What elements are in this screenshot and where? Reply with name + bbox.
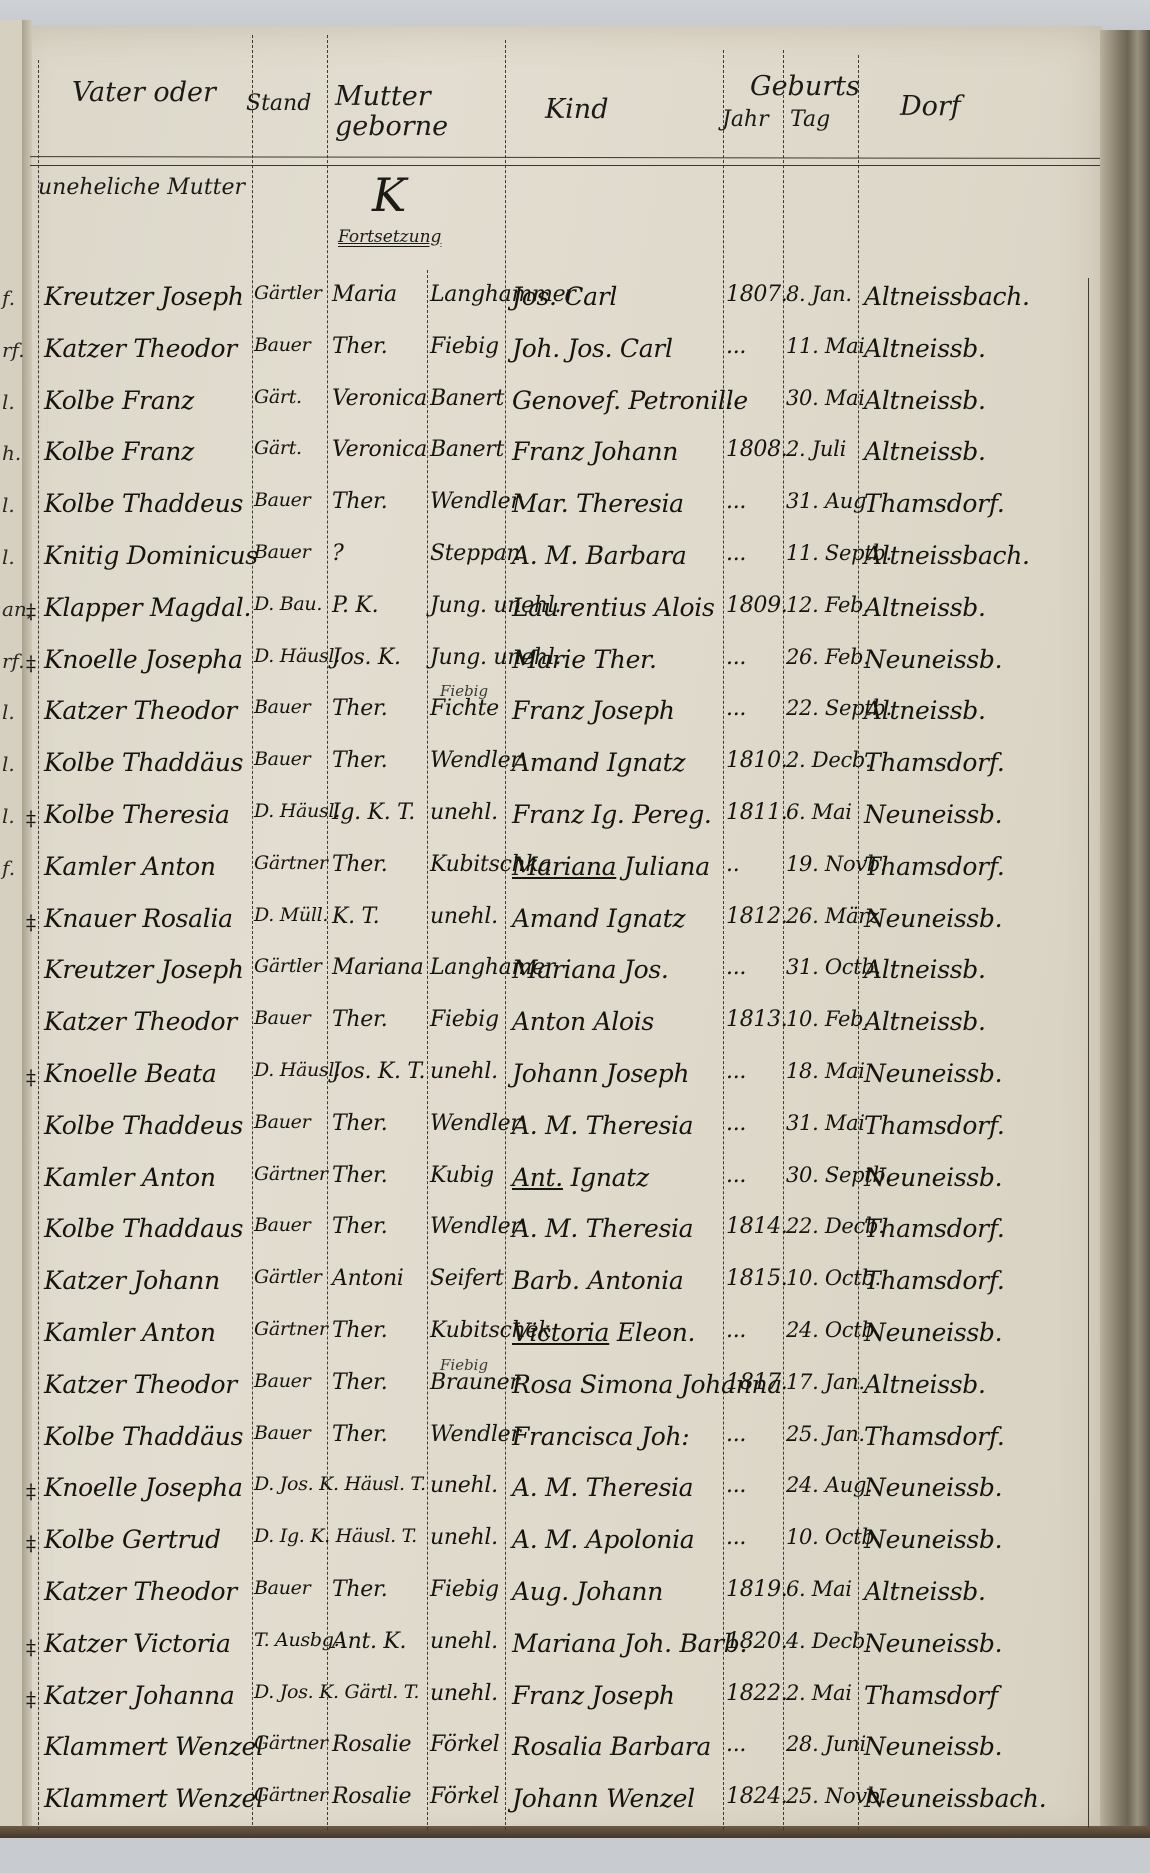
birth-year-cell: ...	[726, 1525, 746, 1550]
margin-note: h.	[2, 441, 21, 465]
mother-first-name-cell: Rosalie	[332, 1784, 411, 1809]
child-name-cell: Rosalia Barbara	[512, 1732, 711, 1761]
village-cell: Thamsdorf.	[864, 1266, 1005, 1295]
rule-tag-dorf	[858, 55, 859, 1830]
village-cell: Altneissb.	[864, 1007, 986, 1036]
status-cell: Gärtner	[254, 852, 328, 874]
margin-note: f.	[2, 856, 15, 880]
status-cell: Gärt.	[254, 386, 302, 408]
interlinear-correction: Fiebig	[440, 682, 488, 700]
child-name-cell: Johann Joseph	[512, 1059, 689, 1088]
mother-surname-cell: Seifert	[430, 1266, 504, 1291]
header-mutter: Mutter geborne	[335, 82, 485, 141]
mother-first-name-cell: Ther.	[332, 1163, 387, 1188]
status-cell: D. Häusl.	[254, 800, 340, 822]
status-cell: Gärtner	[254, 1732, 328, 1754]
village-cell: Neuneissb.	[864, 1318, 1002, 1347]
margin-note: l.	[2, 390, 15, 414]
birth-year-cell: 1807.	[726, 282, 787, 307]
margin-note: rf.	[2, 649, 25, 673]
village-cell: Altneissb.	[864, 593, 986, 622]
margin-note: rf.	[2, 338, 25, 362]
child-name-cell: Laurentius Alois	[512, 593, 715, 622]
header-vater: Vater oder	[72, 78, 222, 108]
birth-day-cell: 26. Feb.	[786, 645, 870, 669]
margin-note: an,	[2, 597, 33, 621]
village-cell: Altneissb.	[864, 334, 986, 363]
status-cell: Gärtner	[254, 1318, 328, 1340]
mother-first-name-cell: Antoni	[332, 1266, 404, 1291]
father-name-cell: Katzer Victoria	[44, 1629, 231, 1658]
header-vater-sub: uneheliche Mutter	[38, 176, 245, 200]
rule-mutter-kind	[505, 40, 506, 1830]
rule-right	[1088, 278, 1089, 1828]
status-cell: Gärtner	[254, 1784, 328, 1806]
village-cell: Altneissbach.	[864, 541, 1030, 570]
child-name-cell: Mariana Joh. Barb.	[512, 1629, 747, 1658]
birth-year-cell: 1812.	[726, 904, 787, 929]
father-name-cell: Knitig Dominicus	[44, 541, 258, 570]
birth-year-cell: ..	[726, 852, 739, 877]
village-cell: Neuneissb.	[864, 904, 1002, 933]
village-cell: Altneissb.	[864, 386, 986, 415]
birth-year-cell: ...	[726, 645, 746, 670]
village-cell: Thamsdorf.	[864, 1111, 1005, 1140]
status-cell: D. Ig. K. Häusl. T.	[254, 1525, 417, 1547]
mother-surname-cell: Fiebig	[430, 334, 499, 359]
mother-surname-cell: Wendler	[430, 748, 521, 773]
child-name-cell: A. M. Theresia	[512, 1214, 693, 1243]
birth-year-cell: ...	[726, 1059, 746, 1084]
father-name-cell: Katzer Theodor	[44, 1577, 237, 1606]
father-name-cell: Klapper Magdal.	[44, 593, 251, 622]
birth-year-cell: 1811.	[726, 800, 787, 825]
rule-jahr-tag	[783, 50, 784, 1830]
mother-first-name-cell: Ther.	[332, 852, 387, 877]
child-name-cell: Mariana Jos.	[512, 955, 669, 984]
father-name-cell: Kolbe Thaddäus	[44, 1422, 243, 1451]
mother-first-name-cell: Ther.	[332, 1111, 387, 1136]
father-name-cell: Knoelle Josepha	[44, 1473, 243, 1502]
mother-first-name-cell: Ther.	[332, 1007, 387, 1032]
village-cell: Thamsdorf	[864, 1681, 998, 1710]
village-cell: Neuneissb.	[864, 1525, 1002, 1554]
rule-mutter-mid	[427, 270, 428, 1830]
birth-year-cell: ...	[726, 1473, 746, 1498]
birth-year-cell: 1822.	[726, 1681, 787, 1706]
birth-year-cell: ...	[726, 1318, 746, 1343]
village-cell: Altneissb.	[864, 1370, 986, 1399]
mother-first-name-cell: ?	[332, 541, 344, 566]
child-name-cell: A. M. Theresia	[512, 1473, 693, 1502]
birth-year-cell: ...	[726, 1111, 746, 1136]
mother-first-name-cell: Ther.	[332, 489, 387, 514]
birth-year-cell: 1815.	[726, 1266, 787, 1291]
birth-day-cell: 8. Jan.	[786, 282, 852, 306]
mother-first-name-cell: Veronica	[332, 437, 427, 462]
rule-left	[38, 60, 39, 1830]
status-cell: Bauer	[254, 748, 310, 770]
birth-year-cell: 1824.	[726, 1784, 787, 1809]
village-cell: Altneissbach.	[864, 282, 1030, 311]
village-cell: Thamsdorf.	[864, 1422, 1005, 1451]
mother-surname-cell: Banert	[430, 386, 504, 411]
father-name-cell: Katzer Theodor	[44, 1007, 237, 1036]
child-name-cell: Johann Wenzel	[512, 1784, 695, 1813]
rule-vater-stand	[252, 35, 253, 1825]
father-name-cell: Kamler Anton	[44, 1318, 216, 1347]
deceased-cross-mark: ‡	[26, 910, 36, 934]
mother-first-name-cell: Ther.	[332, 1422, 387, 1447]
father-name-cell: Kamler Anton	[44, 852, 216, 881]
father-name-cell: Kolbe Franz	[44, 386, 194, 415]
child-name-cell: A. M. Barbara	[512, 541, 687, 570]
father-name-cell: Katzer Johanna	[44, 1681, 234, 1710]
birth-day-cell: 6. Mai	[786, 1577, 852, 1601]
mother-surname-cell: Fiebig	[430, 1577, 499, 1602]
mother-first-name-cell: Ther.	[332, 334, 387, 359]
rule-kind-jahr	[723, 50, 724, 1830]
status-cell: Bauer	[254, 489, 310, 511]
margin-note: l.	[2, 752, 15, 776]
status-cell: T. Ausbg.	[254, 1629, 339, 1651]
mother-surname-cell: Fiebig	[430, 1007, 499, 1032]
mother-surname-cell: unehl.	[430, 904, 498, 929]
mother-first-name-cell: Ther.	[332, 1214, 387, 1239]
village-cell: Altneissb.	[864, 696, 986, 725]
father-name-cell: Kolbe Thaddaus	[44, 1214, 243, 1243]
father-name-cell: Katzer Johann	[44, 1266, 220, 1295]
birth-day-cell: 30. Mai	[786, 386, 865, 410]
village-cell: Thamsdorf.	[864, 489, 1005, 518]
child-name-cell: Ant. Ignatz	[512, 1163, 649, 1192]
birth-year-cell: 1809.	[726, 593, 787, 618]
child-name-cell: Barb. Antonia	[512, 1266, 683, 1295]
birth-day-cell: 4. Decb.	[786, 1629, 871, 1653]
village-cell: Thamsdorf.	[864, 748, 1005, 777]
child-name-cell: Mar. Theresia	[512, 489, 684, 518]
birth-day-cell: 31. Mai	[786, 1111, 865, 1135]
birth-day-cell: 24. Aug.	[786, 1473, 872, 1497]
deceased-cross-mark: ‡	[26, 1687, 36, 1711]
village-cell: Neuneissb.	[864, 800, 1002, 829]
status-cell: D. Häusl.	[254, 645, 340, 667]
father-name-cell: Kolbe Franz	[44, 437, 194, 466]
father-name-cell: Katzer Theodor	[44, 696, 237, 725]
father-name-cell: Knoelle Josepha	[44, 645, 243, 674]
birth-day-cell: 28. Juni	[786, 1732, 866, 1756]
birth-day-cell: 18. Mai	[786, 1059, 865, 1083]
mother-first-name-cell: Ant. K.	[332, 1629, 406, 1654]
child-name-cell: Franz Ig. Pereg.	[512, 800, 712, 829]
background-bottom	[0, 1838, 1150, 1873]
child-name-cell: Franz Joseph	[512, 1681, 675, 1710]
section-subtitle: Fortsetzung	[338, 228, 441, 247]
mother-first-name-cell: Ther.	[332, 696, 387, 721]
status-cell: Bauer	[254, 1214, 310, 1236]
village-cell: Neuneissbach.	[864, 1784, 1046, 1813]
mother-surname-cell: unehl.	[430, 1059, 498, 1084]
mother-first-name-cell: Jos. K. T.	[332, 1059, 425, 1084]
mother-surname-cell: unehl.	[430, 1473, 498, 1498]
birth-year-cell: ..	[726, 386, 739, 411]
mother-first-name-cell: K. T.	[332, 904, 379, 929]
village-cell: Thamsdorf.	[864, 1214, 1005, 1243]
header-jahr: Jahr	[722, 108, 769, 132]
mother-surname-cell: unehl.	[430, 1629, 498, 1654]
birth-day-cell: 10. Feb.	[786, 1007, 870, 1031]
mother-first-name-cell: Ther.	[332, 1370, 387, 1395]
page-block-edge	[1100, 30, 1150, 1840]
father-name-cell: Knoelle Beata	[44, 1059, 216, 1088]
interlinear-correction: Fiebig	[440, 1356, 488, 1374]
mother-surname-cell: Wendler	[430, 1214, 521, 1239]
deceased-cross-mark: ‡	[26, 806, 36, 830]
village-cell: Thamsdorf.	[864, 852, 1005, 881]
status-cell: D. Bau.	[254, 593, 322, 615]
father-name-cell: Kamler Anton	[44, 1163, 216, 1192]
header-dorf: Dorf	[900, 92, 961, 122]
section-letter: K	[372, 170, 406, 221]
deceased-cross-mark: ‡	[26, 1479, 36, 1503]
header-stand: Stand	[246, 92, 311, 116]
mother-surname-cell: Banert	[430, 437, 504, 462]
birth-year-cell: 1817.	[726, 1370, 787, 1395]
birth-year-cell: ...	[726, 541, 746, 566]
mother-surname-cell: Wendler	[430, 1422, 521, 1447]
mother-surname-cell: Förkel	[430, 1784, 499, 1809]
mother-first-name-cell: Rosalie	[332, 1732, 411, 1757]
father-name-cell: Kolbe Thaddeus	[44, 489, 243, 518]
status-cell: Bauer	[254, 1422, 310, 1444]
birth-day-cell: 11. Mai	[786, 334, 865, 358]
father-name-cell: Knauer Rosalia	[44, 904, 233, 933]
child-name-cell: Mariana Juliana	[512, 852, 710, 881]
father-name-cell: Kolbe Gertrud	[44, 1525, 221, 1554]
birth-year-cell: 1810.	[726, 748, 787, 773]
mother-first-name-cell: Ther.	[332, 748, 387, 773]
status-cell: D. Jos. K. Gärtl. T.	[254, 1681, 419, 1703]
child-name-cell: Aug. Johann	[512, 1577, 663, 1606]
child-name-cell: A. M. Theresia	[512, 1111, 693, 1140]
father-name-cell: Kolbe Thaddeus	[44, 1111, 243, 1140]
header-geburts: Geburts	[750, 72, 860, 102]
birth-day-cell: 6. Mai	[786, 800, 852, 824]
father-name-cell: Katzer Theodor	[44, 1370, 237, 1399]
village-cell: Neuneissb.	[864, 1629, 1002, 1658]
birth-year-cell: ...	[726, 1732, 746, 1757]
village-cell: Altneissb.	[864, 1577, 986, 1606]
margin-note: l.	[2, 804, 15, 828]
mother-surname-cell: unehl.	[430, 1525, 498, 1550]
birth-year-cell: ...	[726, 334, 746, 359]
birth-day-cell: 25. Jan.	[786, 1422, 865, 1446]
status-cell: Gärt.	[254, 437, 302, 459]
birth-day-cell: 2. Decb.	[786, 748, 871, 772]
deceased-cross-mark: ‡	[26, 1635, 36, 1659]
deceased-cross-mark: ‡	[26, 651, 36, 675]
child-name-cell: Franz Johann	[512, 437, 678, 466]
child-name-cell: Amand Ignatz	[512, 904, 685, 933]
birth-day-cell: 12. Feb.	[786, 593, 870, 617]
village-cell: Neuneissb.	[864, 1473, 1002, 1502]
village-cell: Altneissb.	[864, 437, 986, 466]
birth-year-cell: ...	[726, 489, 746, 514]
child-name-cell: A. M. Apolonia	[512, 1525, 694, 1554]
child-name-cell: Franz Joseph	[512, 696, 675, 725]
margin-note: l.	[2, 545, 15, 569]
child-name-cell: Marie Ther.	[512, 645, 657, 674]
status-cell: Bauer	[254, 1007, 310, 1029]
village-cell: Neuneissb.	[864, 1732, 1002, 1761]
birth-year-cell: ...	[726, 955, 746, 980]
mother-first-name-cell: Veronica	[332, 386, 427, 411]
status-cell: Bauer	[254, 541, 310, 563]
mother-first-name-cell: Maria	[332, 282, 397, 307]
mother-surname-cell: unehl.	[430, 1681, 498, 1706]
status-cell: Bauer	[254, 1111, 310, 1133]
birth-year-cell: 1813.	[726, 1007, 787, 1032]
margin-note: f.	[2, 286, 15, 310]
mother-first-name-cell: Mariana	[332, 955, 424, 980]
deceased-cross-mark: ‡	[26, 1065, 36, 1089]
mother-surname-cell: unehl.	[430, 800, 498, 825]
status-cell: Bauer	[254, 1370, 310, 1392]
mother-surname-cell: Wendler	[430, 489, 521, 514]
village-cell: Neuneissb.	[864, 1059, 1002, 1088]
mother-surname-cell: Kubig	[430, 1163, 494, 1188]
status-cell: Bauer	[254, 334, 310, 356]
header-kind: Kind	[545, 95, 608, 125]
deceased-cross-mark: ‡	[26, 1531, 36, 1555]
father-name-cell: Kreutzer Joseph	[44, 282, 244, 311]
status-cell: D. Müll.	[254, 904, 328, 926]
status-cell: D. Jos. K. Häusl. T.	[254, 1473, 426, 1495]
status-cell: Bauer	[254, 1577, 310, 1599]
mother-first-name-cell: P. K.	[332, 593, 378, 618]
birth-day-cell: 2. Mai	[786, 1681, 852, 1705]
mother-surname-cell: Förkel	[430, 1732, 499, 1757]
village-cell: Neuneissb.	[864, 1163, 1002, 1192]
mother-surname-cell: Wendler	[430, 1111, 521, 1136]
birth-year-cell: 1820.	[726, 1629, 787, 1654]
birth-day-cell: 17. Jan.	[786, 1370, 865, 1394]
birth-year-cell: ...	[726, 1163, 746, 1188]
birth-year-cell: ...	[726, 1422, 746, 1447]
village-cell: Neuneissb.	[864, 645, 1002, 674]
mother-surname-cell: Steppan	[430, 541, 520, 566]
margin-note: l.	[2, 700, 15, 724]
birth-year-cell: 1814.	[726, 1214, 787, 1239]
rule-stand-mutter	[327, 35, 328, 1830]
father-name-cell: Kreutzer Joseph	[44, 955, 244, 984]
birth-year-cell: ...	[726, 696, 746, 721]
father-name-cell: Katzer Theodor	[44, 334, 237, 363]
status-cell: Gärtner	[254, 1163, 328, 1185]
mother-first-name-cell: Ther.	[332, 1318, 387, 1343]
status-cell: Bauer	[254, 696, 310, 718]
birth-day-cell: 31. Aug	[786, 489, 866, 513]
margin-note: l.	[2, 493, 15, 517]
mother-first-name-cell: Ther.	[332, 1577, 387, 1602]
status-cell: Gärtler	[254, 955, 322, 977]
village-cell: Altneissb.	[864, 955, 986, 984]
birth-year-cell: 1819.	[726, 1577, 787, 1602]
father-name-cell: Klammert Wenzel	[44, 1784, 264, 1813]
child-name-cell: Victoria Eleon.	[512, 1318, 695, 1347]
child-name-cell: Joh. Jos. Carl	[512, 334, 673, 363]
father-name-cell: Klammert Wenzel	[44, 1732, 264, 1761]
child-name-cell: Jos. Carl	[512, 282, 617, 311]
header-tag: Tag	[790, 108, 830, 132]
mother-first-name-cell: Jos. K.	[332, 645, 401, 670]
mother-first-name-cell: Ig. K. T.	[332, 800, 415, 825]
child-name-cell: Anton Alois	[512, 1007, 654, 1036]
status-cell: Gärtler	[254, 1266, 322, 1288]
birth-day-cell: 2. Juli	[786, 437, 846, 461]
child-name-cell: Francisca Joh:	[512, 1422, 689, 1451]
birth-year-cell: 1808.	[726, 437, 787, 462]
child-name-cell: Amand Ignatz	[512, 748, 685, 777]
status-cell: Gärtler	[254, 282, 322, 304]
father-name-cell: Kolbe Theresia	[44, 800, 230, 829]
father-name-cell: Kolbe Thaddäus	[44, 748, 243, 777]
child-name-cell: Genovef. Petronille	[512, 386, 748, 415]
header-vater-label: Vater oder	[72, 78, 222, 108]
status-cell: D. Häusl.	[254, 1059, 340, 1081]
header-rule-2	[30, 165, 1100, 166]
